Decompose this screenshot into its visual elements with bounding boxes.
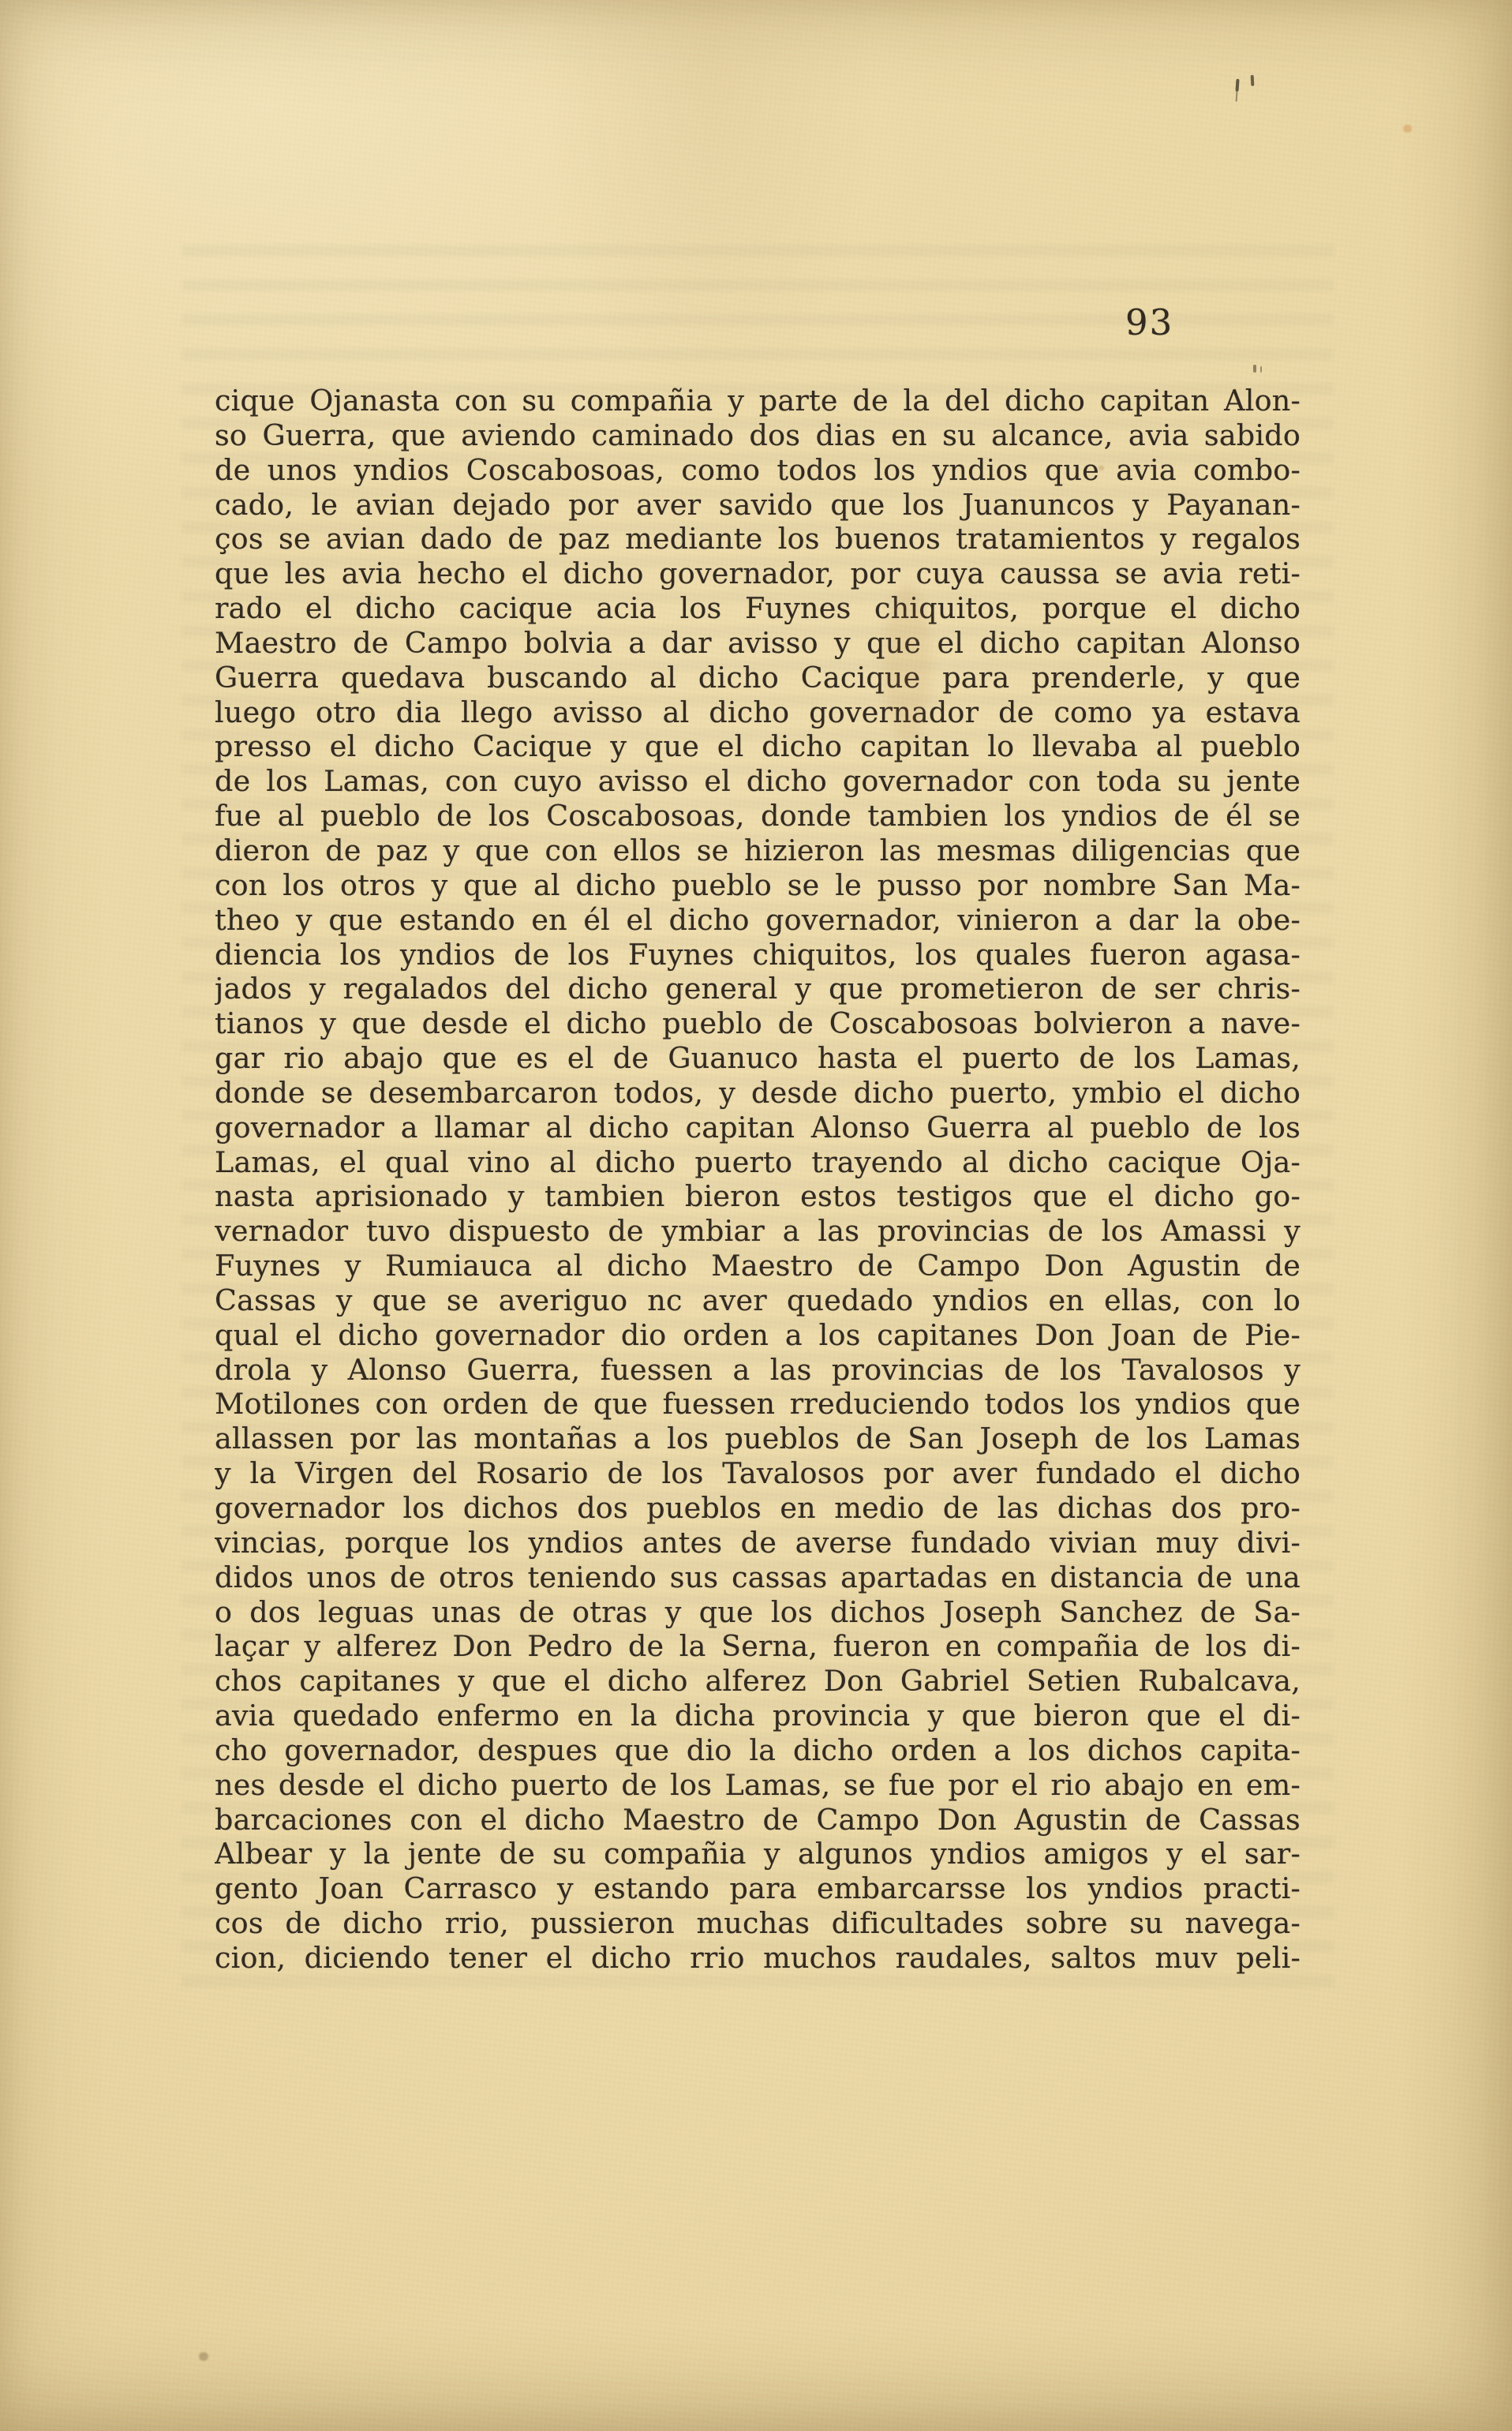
text-line: cado, le avian dejado por aver savido qu… <box>215 488 1301 523</box>
text-line: o dos leguas unas de otras y que los dic… <box>215 1595 1301 1630</box>
text-line: rado el dicho cacique acia los Fuynes ch… <box>215 591 1301 626</box>
text-line: avia quedado enfermo en la dicha provinc… <box>215 1699 1301 1733</box>
text-line: nes desde el dicho puerto de los Lamas, … <box>215 1768 1301 1803</box>
text-line: Motilones con orden de que fuessen rredu… <box>215 1387 1301 1422</box>
text-line: tianos y que desde el dicho pueblo de Co… <box>215 1006 1301 1041</box>
text-line: luego otro dia llego avisso al dicho gov… <box>215 695 1301 730</box>
text-line: Guerra quedava buscando al dicho Cacique… <box>215 661 1301 695</box>
text-line: de unos yndios Coscabosoas, como todos l… <box>215 453 1301 488</box>
text-line: Maestro de Campo bolvia a dar avisso y q… <box>215 626 1301 661</box>
text-line: y la Virgen del Rosario de los Tavalosos… <box>215 1456 1301 1491</box>
text-line: presso el dicho Cacique y que el dicho c… <box>215 729 1301 764</box>
page-text: cique Ojanasta con su compañia y parte d… <box>215 384 1301 1976</box>
text-line: nasta aprisionado y tambien bieron estos… <box>215 1179 1301 1214</box>
text-line: so Guerra, que aviendo caminado dos dias… <box>215 418 1301 453</box>
text-line: Albear y la jente de su compañia y algun… <box>215 1837 1301 1871</box>
text-line: jados y regalados del dicho general y qu… <box>215 972 1301 1006</box>
text-line: de los Lamas, con cuyo avisso el dicho g… <box>215 764 1301 799</box>
text-line: vernador tuvo dispuesto de ymbiar a las … <box>215 1214 1301 1249</box>
text-line: theo y que estando en él el dicho govern… <box>215 903 1301 938</box>
text-line: vincias, porque los yndios antes de aver… <box>215 1526 1301 1560</box>
text-line: cho governador, despues que dio la dicho… <box>215 1733 1301 1768</box>
text-line: cion, diciendo tener el dicho rrio mucho… <box>215 1941 1301 1976</box>
text-line: allassen por las montañas a los pueblos … <box>215 1422 1301 1456</box>
text-line: governador los dichos dos pueblos en med… <box>215 1491 1301 1526</box>
text-line: Lamas, el qual vino al dicho puerto tray… <box>215 1145 1301 1180</box>
text-line: laçar y alferez Don Pedro de la Serna, f… <box>215 1629 1301 1664</box>
text-line: drola y Alonso Guerra, fuessen a las pro… <box>215 1353 1301 1388</box>
text-line: cos de dicho rrio, pussieron muchas difi… <box>215 1906 1301 1941</box>
text-line: barcaciones con el dicho Maestro de Camp… <box>215 1803 1301 1837</box>
text-line: donde se desembarcaron todos, y desde di… <box>215 1076 1301 1111</box>
text-line: ços se avian dado de paz mediante los bu… <box>215 522 1301 556</box>
ink-speck <box>1253 365 1256 373</box>
text-line: governador a llamar al dicho capitan Alo… <box>215 1111 1301 1145</box>
paper-stain <box>199 2352 208 2361</box>
book-page-scan: 93 cique Ojanasta con su compañia y part… <box>0 0 1512 2431</box>
text-line: didos unos de otros teniendo sus cassas … <box>215 1560 1301 1595</box>
ink-speck <box>1235 79 1239 92</box>
text-line: gento Joan Carrasco y estando para embar… <box>215 1871 1301 1906</box>
ink-speck <box>1251 75 1255 86</box>
text-line: Fuynes y Rumiauca al dicho Maestro de Ca… <box>215 1249 1301 1283</box>
text-line: con los otros y que al dicho pueblo se l… <box>215 868 1301 903</box>
text-line: chos capitanes y que el dicho alferez Do… <box>215 1664 1301 1699</box>
text-line: Cassas y que se averiguo nc aver quedado… <box>215 1283 1301 1318</box>
text-line: qual el dicho governador dio orden a los… <box>215 1318 1301 1353</box>
text-line: cique Ojanasta con su compañia y parte d… <box>215 384 1301 418</box>
text-line: que les avia hecho el dicho governador, … <box>215 556 1301 591</box>
text-line: gar rio abajo que es el de Guanuco hasta… <box>215 1041 1301 1076</box>
text-line: dieron de paz y que con ellos se hiziero… <box>215 833 1301 868</box>
text-line: fue al pueblo de los Coscabosoas, donde … <box>215 799 1301 833</box>
text-line: diencia los yndios de los Fuynes chiquit… <box>215 938 1301 972</box>
paper-sheen <box>545 0 876 410</box>
paper-stain <box>1403 125 1412 133</box>
page-number: 93 <box>1125 302 1173 343</box>
